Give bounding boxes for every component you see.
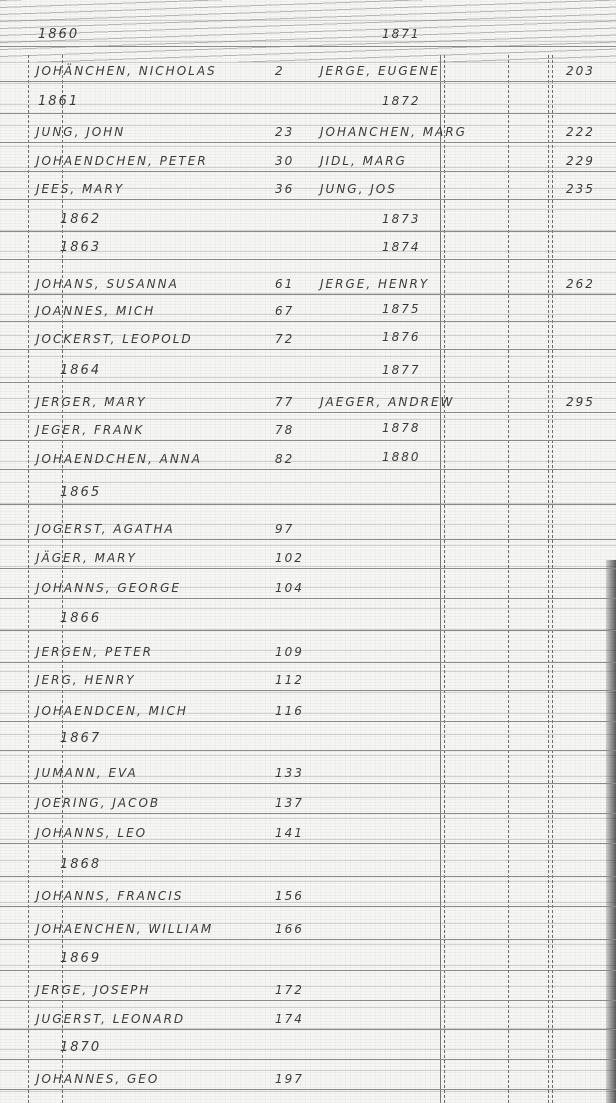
year-heading-right: 1872	[382, 94, 421, 108]
row-rule	[0, 504, 616, 505]
entry-page-number: 77	[275, 395, 294, 409]
row-rule	[0, 113, 616, 114]
entry-page-number: 72	[275, 332, 294, 346]
year-heading-right: 1876	[382, 330, 421, 344]
ledger-row: 18631874	[0, 238, 616, 262]
ledger-row: JOERING, JACOB137	[0, 792, 616, 816]
entry-name-right: JERGE, EUGENE	[320, 64, 440, 78]
entry-name-right: JAEGER, ANDREW	[320, 395, 454, 409]
ledger-row: 1869	[0, 949, 616, 973]
ledger-row: JOHANNES, GEO197	[0, 1068, 616, 1092]
entry-page-number: 104	[275, 581, 304, 595]
entry-name: JOHANNS, FRANCIS	[36, 889, 183, 903]
row-rule	[0, 783, 616, 784]
entry-name: JOCKERST, LEOPOLD	[36, 332, 193, 346]
entry-page-number-right: 222	[566, 125, 595, 139]
year-heading-right: 1878	[382, 421, 421, 435]
ledger-row: JOHANNS, GEORGE104	[0, 577, 616, 601]
ledger-row: 18601871	[0, 25, 616, 49]
year-heading-left: 1868	[60, 857, 101, 872]
entry-name: JOHANNS, GEORGE	[36, 581, 181, 595]
year-heading-right: 1874	[382, 240, 421, 254]
entry-page-number: 166	[275, 922, 304, 936]
entry-page-number: 30	[275, 154, 294, 168]
entry-name-right: JOHANCHEN, MARG	[320, 125, 467, 139]
entry-name: JERGE, JOSEPH	[36, 983, 150, 997]
ledger-row: JOANNES, MICH671875	[0, 300, 616, 324]
row-rule	[0, 813, 616, 814]
row-rule	[0, 598, 616, 599]
entry-name: JUMANN, EVA	[36, 766, 138, 780]
row-rule	[0, 1059, 616, 1060]
row-rule	[0, 1029, 616, 1030]
ledger-row: JOHAENDCEN, MICH116	[0, 700, 616, 724]
year-heading-left: 1861	[38, 94, 79, 109]
entry-name-right: JUNG, JOS	[320, 182, 397, 196]
year-heading-right: 1877	[382, 363, 421, 377]
row-rule	[0, 46, 616, 47]
row-rule	[0, 750, 616, 751]
entry-page-number: 109	[275, 645, 304, 659]
row-rule	[0, 321, 616, 322]
ledger-row: JEES, MARY36JUNG, JOS235	[0, 178, 616, 202]
row-rule	[0, 412, 616, 413]
ledger-row: JOHAENDCHEN, ANNA821880	[0, 448, 616, 472]
ledger-row: JOGERST, AGATHA97	[0, 518, 616, 542]
entry-name: JOHANNES, GEO	[36, 1072, 159, 1086]
entry-page-number: 78	[275, 423, 294, 437]
entry-name: JERGEN, PETER	[36, 645, 153, 659]
entry-name: JOHANNS, LEO	[36, 826, 147, 840]
row-rule	[0, 721, 616, 722]
ledger-row: JUGERST, LEONARD174	[0, 1008, 616, 1032]
entry-page-number: 174	[275, 1012, 304, 1026]
year-heading-left: 1862	[60, 212, 101, 227]
entry-name: JUGERST, LEONARD	[36, 1012, 185, 1026]
entry-page-number: 116	[275, 704, 304, 718]
ledger-row: JERG, HENRY112	[0, 669, 616, 693]
entry-name: JOERING, JACOB	[36, 796, 160, 810]
ledger-row: 1866	[0, 609, 616, 633]
ledger-row: 1870	[0, 1038, 616, 1062]
year-heading-left: 1866	[60, 611, 101, 626]
entry-page-number-right: 262	[566, 277, 595, 291]
year-heading-right: 1875	[382, 302, 421, 316]
row-rule	[0, 142, 616, 143]
year-heading-left: 1870	[60, 1040, 101, 1055]
ledger-row: JOCKERST, LEOPOLD721876	[0, 328, 616, 352]
entry-name: JÄGER, MARY	[36, 551, 137, 565]
ledger-page: 18601871JOHÄNCHEN, NICHOLAS2JERGE, EUGEN…	[0, 0, 616, 1103]
entry-page-number: 102	[275, 551, 304, 565]
year-heading-left: 1864	[60, 363, 101, 378]
ledger-row: 1865	[0, 483, 616, 507]
entry-name: JOHAENDCHEN, PETER	[36, 154, 208, 168]
entry-page-number-right: 229	[566, 154, 595, 168]
year-heading-right: 1871	[382, 27, 421, 41]
row-rule	[0, 199, 616, 200]
entry-name: JOGERST, AGATHA	[36, 522, 175, 536]
row-rule	[0, 568, 616, 569]
entry-page-number: 97	[275, 522, 294, 536]
row-rule	[0, 382, 616, 383]
entry-name-right: JERGE, HENRY	[320, 277, 429, 291]
ledger-row: JUMANN, EVA133	[0, 762, 616, 786]
entry-name: JEES, MARY	[36, 182, 124, 196]
ledger-row: 18611872	[0, 92, 616, 116]
ledger-row: JEGER, FRANK781878	[0, 419, 616, 443]
row-rule	[0, 171, 616, 172]
entry-name: JOHÄNCHEN, NICHOLAS	[36, 64, 217, 78]
entry-page-number: 141	[275, 826, 304, 840]
row-rule	[0, 876, 616, 877]
row-rule	[0, 349, 616, 350]
ledger-row: JERGER, MARY77JAEGER, ANDREW295	[0, 391, 616, 415]
row-rule	[0, 939, 616, 940]
entry-page-number: 197	[275, 1072, 304, 1086]
ledger-row: 18641877	[0, 361, 616, 385]
ledger-row: JOHÄNCHEN, NICHOLAS2JERGE, EUGENE203	[0, 60, 616, 84]
entry-name: JUNG, JOHN	[36, 125, 125, 139]
row-rule	[0, 1089, 616, 1090]
entry-name: JERG, HENRY	[36, 673, 136, 687]
entry-page-number: 112	[275, 673, 304, 687]
entry-page-number: 137	[275, 796, 304, 810]
entry-page-number: 23	[275, 125, 294, 139]
year-heading-left: 1860	[38, 27, 79, 42]
entry-name: JOANNES, MICH	[36, 304, 155, 318]
ledger-row: JOHAENCHEN, WILLIAM166	[0, 918, 616, 942]
entry-page-number: 133	[275, 766, 304, 780]
year-heading-right: 1873	[382, 212, 421, 226]
ledger-row: 18621873	[0, 210, 616, 234]
entry-page-number: 67	[275, 304, 294, 318]
ledger-row: 1867	[0, 729, 616, 753]
entry-name: JERGER, MARY	[36, 395, 147, 409]
row-rule	[0, 970, 616, 971]
entry-page-number: 172	[275, 983, 304, 997]
entry-name-right: JIDL, MARG	[320, 154, 407, 168]
row-rule	[0, 630, 616, 631]
entry-name: JOHAENCHEN, WILLIAM	[36, 922, 213, 936]
row-rule	[0, 843, 616, 844]
ledger-row: JOHANNS, FRANCIS156	[0, 885, 616, 909]
row-rule	[0, 906, 616, 907]
row-rule	[0, 662, 616, 663]
row-rule	[0, 1000, 616, 1001]
entry-name: JOHAENDCHEN, ANNA	[36, 452, 202, 466]
row-rule	[0, 690, 616, 691]
ledger-row: JÄGER, MARY102	[0, 547, 616, 571]
row-rule	[0, 231, 616, 232]
entry-page-number: 156	[275, 889, 304, 903]
entry-page-number-right: 235	[566, 182, 595, 196]
entry-name: JEGER, FRANK	[36, 423, 144, 437]
row-rule	[0, 294, 616, 295]
ledger-row: JUNG, JOHN23JOHANCHEN, MARG222	[0, 121, 616, 145]
ledger-row: JOHANS, SUSANNA61JERGE, HENRY262	[0, 273, 616, 297]
row-rule	[0, 259, 616, 260]
row-rule	[0, 539, 616, 540]
entry-name: JOHANS, SUSANNA	[36, 277, 179, 291]
row-rule	[0, 440, 616, 441]
ledger-row: JOHANNS, LEO141	[0, 822, 616, 846]
row-rule	[0, 469, 616, 470]
year-heading-left: 1867	[60, 731, 101, 746]
ledger-row: 1868	[0, 855, 616, 879]
entry-page-number: 61	[275, 277, 294, 291]
ledger-row: JERGEN, PETER109	[0, 641, 616, 665]
year-heading-right: 1880	[382, 450, 421, 464]
entry-page-number: 36	[275, 182, 294, 196]
ledger-row: JOHAENDCHEN, PETER30JIDL, MARG229	[0, 150, 616, 174]
entry-page-number: 82	[275, 452, 294, 466]
entry-page-number: 2	[275, 64, 285, 78]
entry-name: JOHAENDCEN, MICH	[36, 704, 188, 718]
year-heading-left: 1865	[60, 485, 101, 500]
entry-page-number-right: 203	[566, 64, 595, 78]
year-heading-left: 1869	[60, 951, 101, 966]
row-rule	[0, 81, 616, 82]
entry-page-number-right: 295	[566, 395, 595, 409]
ledger-row: JERGE, JOSEPH172	[0, 979, 616, 1003]
year-heading-left: 1863	[60, 240, 101, 255]
